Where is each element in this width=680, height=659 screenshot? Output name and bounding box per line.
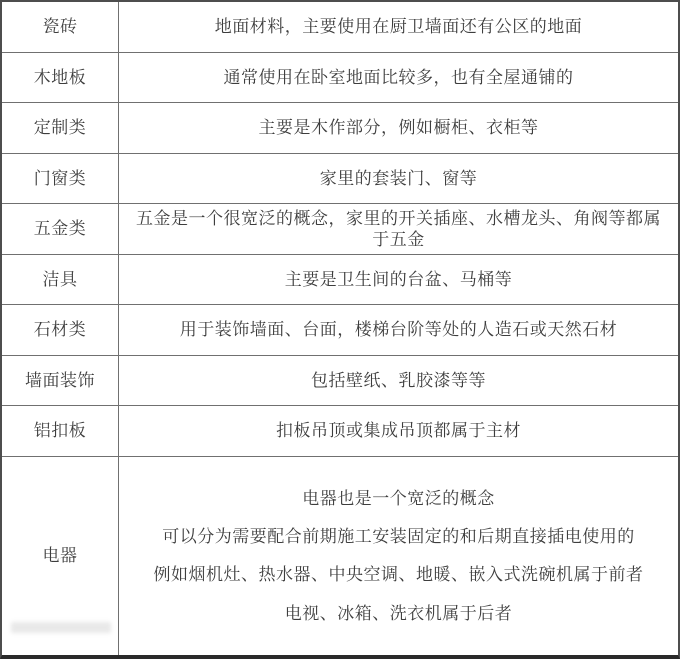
description-text: 电视、冰箱、洗衣机属于后者	[285, 603, 513, 624]
description-text: 地面材料，主要使用在厨卫墙面还有公区的地面	[215, 16, 583, 37]
table-row: 电器 电器也是一个宽泛的概念 可以分为需要配合前期施工安装固定的和后期直接插电使…	[2, 457, 678, 655]
category-label: 石材类	[34, 319, 87, 340]
category-label: 铝扣板	[34, 420, 87, 441]
category-cell: 瓷砖	[2, 2, 119, 52]
category-cell: 门窗类	[2, 154, 119, 204]
table-row: 木地板 通常使用在卧室地面比较多，也有全屋通铺的	[2, 53, 678, 104]
category-cell: 定制类	[2, 103, 119, 153]
description-text: 电器也是一个宽泛的概念	[302, 488, 495, 509]
description-text: 主要是卫生间的台盆、马桶等	[285, 269, 513, 290]
materials-table: 瓷砖 地面材料，主要使用在厨卫墙面还有公区的地面 木地板 通常使用在卧室地面比较…	[0, 0, 680, 659]
category-cell: 五金类	[2, 204, 119, 254]
category-label: 电器	[43, 545, 78, 566]
description-cell: 电器也是一个宽泛的概念 可以分为需要配合前期施工安装固定的和后期直接插电使用的 …	[119, 457, 678, 655]
category-label: 五金类	[34, 218, 87, 239]
category-label: 木地板	[34, 67, 87, 88]
category-label: 瓷砖	[43, 16, 78, 37]
category-cell: 电器	[2, 457, 119, 655]
description-text: 包括壁纸、乳胶漆等等	[311, 370, 486, 391]
description-cell: 五金是一个很宽泛的概念，家里的开关插座、水槽龙头、角阀等都属于五金	[119, 204, 678, 254]
category-cell: 墙面装饰	[2, 356, 119, 406]
category-cell: 铝扣板	[2, 406, 119, 456]
table-row: 洁具 主要是卫生间的台盆、马桶等	[2, 255, 678, 306]
category-label: 定制类	[34, 117, 87, 138]
description-text: 扣板吊顶或集成吊顶都属于主材	[276, 420, 521, 441]
description-cell: 通常使用在卧室地面比较多，也有全屋通铺的	[119, 53, 678, 103]
table-row: 墙面装饰 包括壁纸、乳胶漆等等	[2, 356, 678, 407]
description-cell: 包括壁纸、乳胶漆等等	[119, 356, 678, 406]
description-text: 五金是一个很宽泛的概念，家里的开关插座、水槽龙头、角阀等都属于五金	[131, 208, 666, 251]
description-cell: 家里的套装门、窗等	[119, 154, 678, 204]
table-row: 定制类 主要是木作部分，例如橱柜、衣柜等	[2, 103, 678, 154]
category-label: 门窗类	[34, 168, 87, 189]
category-label: 洁具	[43, 269, 78, 290]
description-text: 用于装饰墙面、台面，楼梯台阶等处的人造石或天然石材	[180, 319, 618, 340]
table-row: 五金类 五金是一个很宽泛的概念，家里的开关插座、水槽龙头、角阀等都属于五金	[2, 204, 678, 255]
description-cell: 主要是木作部分，例如橱柜、衣柜等	[119, 103, 678, 153]
table-row: 瓷砖 地面材料，主要使用在厨卫墙面还有公区的地面	[2, 2, 678, 53]
category-label: 墙面装饰	[25, 370, 95, 391]
description-text: 家里的套装门、窗等	[320, 168, 478, 189]
category-cell: 洁具	[2, 255, 119, 305]
category-cell: 木地板	[2, 53, 119, 103]
table-row: 铝扣板 扣板吊顶或集成吊顶都属于主材	[2, 406, 678, 457]
description-text: 主要是木作部分，例如橱柜、衣柜等	[259, 117, 539, 138]
table-row: 石材类 用于装饰墙面、台面，楼梯台阶等处的人造石或天然石材	[2, 305, 678, 356]
description-text: 例如烟机灶、热水器、中央空调、地暖、嵌入式洗碗机属于前者	[154, 564, 644, 585]
category-cell: 石材类	[2, 305, 119, 355]
description-cell: 主要是卫生间的台盆、马桶等	[119, 255, 678, 305]
description-cell: 用于装饰墙面、台面，楼梯台阶等处的人造石或天然石材	[119, 305, 678, 355]
table-row: 门窗类 家里的套装门、窗等	[2, 154, 678, 205]
description-cell: 地面材料，主要使用在厨卫墙面还有公区的地面	[119, 2, 678, 52]
description-cell: 扣板吊顶或集成吊顶都属于主材	[119, 406, 678, 456]
description-text: 通常使用在卧室地面比较多，也有全屋通铺的	[224, 67, 574, 88]
description-text: 可以分为需要配合前期施工安装固定的和后期直接插电使用的	[162, 526, 635, 547]
